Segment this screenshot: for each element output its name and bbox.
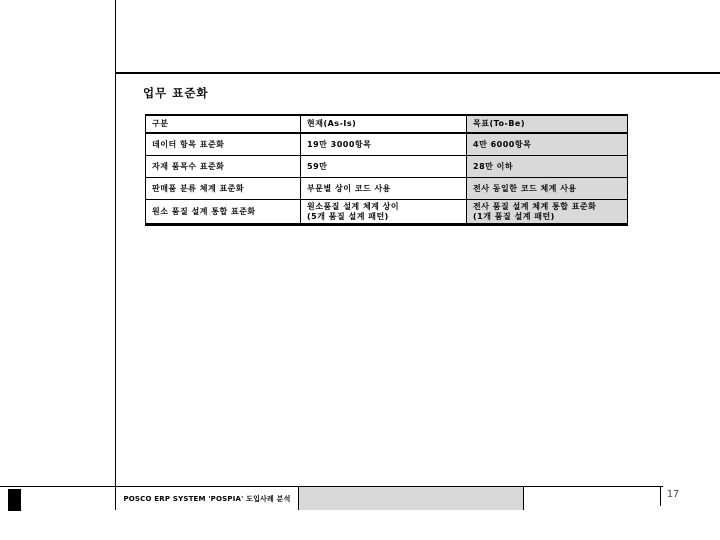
cell-to-be-line2: (1개 품질 설계 패턴) (473, 212, 621, 222)
page-number: 17 (667, 489, 679, 500)
slide-title: 업무 표준화 (143, 85, 209, 101)
cell-as-is-line1: 원소품질 설계 체계 상이 (307, 202, 460, 212)
standardization-table: 구분 현재(As-Is) 목표(To-Be) 데이터 항목 표준화 19만 30… (145, 114, 628, 226)
cell-to-be: 전사 동일한 코드 체계 사용 (467, 178, 627, 199)
cell-to-be: 4만 6000항목 (467, 134, 627, 155)
cell-as-is: 19만 3000항목 (301, 134, 467, 155)
table-row: 원소 품질 설계 통합 표준화 원소품질 설계 체계 상이 (5개 품질 설계 … (146, 200, 627, 223)
horizontal-header-rule (115, 72, 720, 74)
cell-category: 자재 품목수 표준화 (146, 156, 301, 177)
footer-cell-divider (523, 487, 524, 510)
vertical-divider-rule (115, 0, 116, 510)
cell-to-be-line1: 전사 품질 설계 체계 통합 표준화 (473, 202, 621, 212)
col-header-as-is: 현재(As-Is) (301, 116, 467, 132)
cell-as-is: 59만 (301, 156, 467, 177)
cell-category: 원소 품질 설계 통합 표준화 (146, 200, 301, 223)
cell-as-is: 원소품질 설계 체계 상이 (5개 품질 설계 패턴) (301, 200, 467, 223)
cell-category: 데이터 항목 표준화 (146, 134, 301, 155)
cell-as-is: 부문별 상이 코드 사용 (301, 178, 467, 199)
col-header-category: 구분 (146, 116, 301, 132)
table-header-row: 구분 현재(As-Is) 목표(To-Be) (146, 116, 627, 134)
presentation-slide: 업무 표준화 구분 현재(As-Is) 목표(To-Be) 데이터 항목 표준화… (0, 0, 720, 540)
table-row: 데이터 항목 표준화 19만 3000항목 4만 6000항목 (146, 134, 627, 156)
cell-category: 판매품 분류 체계 표준화 (146, 178, 301, 199)
footer-gray-cell (299, 487, 523, 510)
footer-title: POSCO ERP SYSTEM 'POSPIA' 도입사례 분석 (116, 487, 298, 510)
col-header-to-be: 목표(To-Be) (467, 116, 627, 132)
table-row: 자재 품목수 표준화 59만 28만 이하 (146, 156, 627, 178)
footer-cell-divider (660, 486, 661, 506)
footer-logo-block (8, 489, 21, 511)
table-row: 판매품 분류 체계 표준화 부문별 상이 코드 사용 전사 동일한 코드 체계 … (146, 178, 627, 200)
cell-to-be: 28만 이하 (467, 156, 627, 177)
cell-as-is-line2: (5개 품질 설계 패턴) (307, 212, 460, 222)
cell-to-be: 전사 품질 설계 체계 통합 표준화 (1개 품질 설계 패턴) (467, 200, 627, 223)
